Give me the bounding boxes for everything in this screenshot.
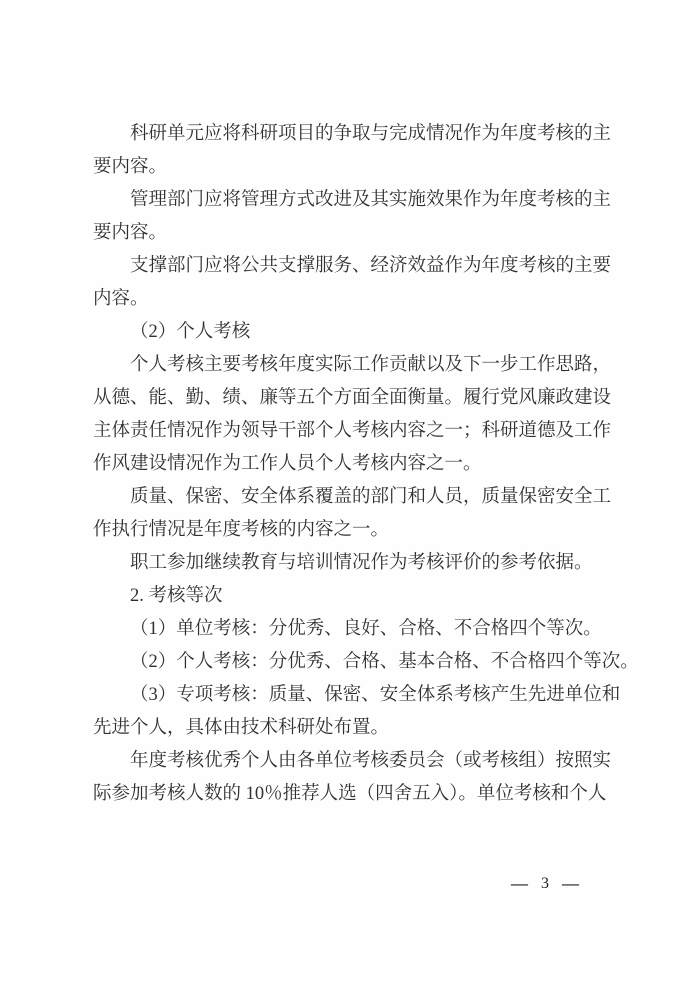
text-line: 内容。 [93, 283, 625, 316]
text-line: 先进个人，具体由技术科研处布置。 [93, 712, 625, 745]
document-page: 科研单元应将科研项目的争取与完成情况作为年度考核的主要内容。管理部门应将管理方式… [0, 0, 700, 982]
text-line: 要内容。 [93, 217, 625, 250]
footer-left-dash: — [511, 873, 528, 895]
footer-right-dash: — [562, 873, 579, 895]
text-line: 职工参加继续教育与培训情况作为考核评价的参考依据。 [93, 547, 625, 580]
text-line: 质量、保密、安全体系覆盖的部门和人员，质量保密安全工 [93, 481, 625, 514]
text-line: 际参加考核人数的 10％推荐人选（四舍五入）。单位考核和个人 [93, 778, 625, 811]
text-line: 作风建设情况作为工作人员个人考核内容之一。 [93, 448, 625, 481]
text-line: （2）个人考核 [93, 316, 625, 349]
text-line: （3）专项考核：质量、保密、安全体系考核产生先进单位和 [93, 679, 625, 712]
text-line: （1）单位考核：分优秀、良好、合格、不合格四个等次。 [93, 613, 625, 646]
document-body: 科研单元应将科研项目的争取与完成情况作为年度考核的主要内容。管理部门应将管理方式… [93, 118, 625, 811]
text-line: 要内容。 [93, 151, 625, 184]
page-footer: — 3 — [511, 873, 579, 895]
text-line: （2）个人考核：分优秀、合格、基本合格、不合格四个等次。 [93, 646, 625, 679]
page-number: 3 [541, 873, 549, 895]
text-line: 作执行情况是年度考核的内容之一。 [93, 514, 625, 547]
text-line: 个人考核主要考核年度实际工作贡献以及下一步工作思路， [93, 349, 625, 382]
text-line: 主体责任情况作为领导干部个人考核内容之一；科研道德及工作 [93, 415, 625, 448]
text-line: 科研单元应将科研项目的争取与完成情况作为年度考核的主 [93, 118, 625, 151]
text-line: 支撑部门应将公共支撑服务、经济效益作为年度考核的主要 [93, 250, 625, 283]
text-line: 2. 考核等次 [93, 580, 625, 613]
text-line: 年度考核优秀个人由各单位考核委员会（或考核组）按照实 [93, 745, 625, 778]
text-line: 管理部门应将管理方式改进及其实施效果作为年度考核的主 [93, 184, 625, 217]
text-line: 从德、能、勤、绩、廉等五个方面全面衡量。履行党风廉政建设 [93, 382, 625, 415]
